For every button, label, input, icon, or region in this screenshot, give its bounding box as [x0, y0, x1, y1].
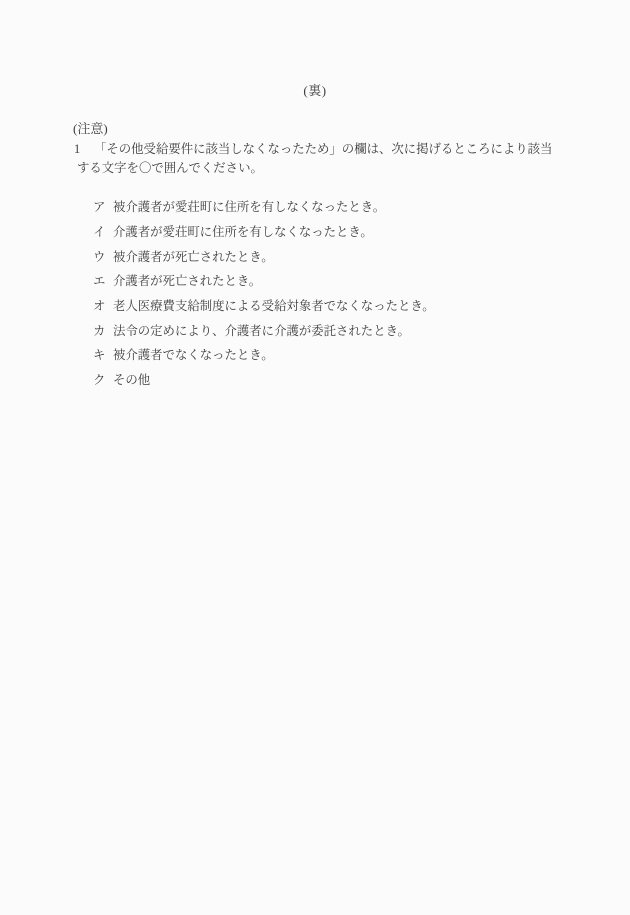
list-item: ウ被介護者が死亡されたとき。: [93, 249, 274, 265]
list-item: エ介護者が死亡されたとき。: [93, 273, 261, 289]
list-item: オ老人医療費支給制度による受給対象者でなくなったとき。: [93, 298, 435, 314]
item-text: 老人医療費支給制度による受給対象者でなくなったとき。: [113, 299, 435, 313]
note-1-line-2: する文字を〇で囲んでください。: [77, 160, 263, 176]
item-kana: カ: [93, 323, 113, 339]
item-kana: ア: [93, 199, 113, 215]
document-page: (裏) (注意) 1「その他受給要件に該当しなくなったため」の欄は、次に掲げると…: [0, 0, 630, 915]
note-1-number: 1: [74, 141, 94, 157]
item-kana: ク: [93, 372, 113, 388]
item-text: 法令の定めにより、介護者に介護が委託されたとき。: [113, 324, 410, 338]
item-kana: ウ: [93, 249, 113, 265]
list-item: キ被介護者でなくなったとき。: [93, 347, 274, 363]
item-kana: エ: [93, 273, 113, 289]
item-kana: キ: [93, 347, 113, 363]
item-text: 被介護者でなくなったとき。: [113, 348, 274, 362]
list-item: イ介護者が愛荘町に住所を有しなくなったとき。: [93, 224, 373, 240]
note-1-text-line-1: 「その他受給要件に該当しなくなったため」の欄は、次に掲げるところにより該当: [94, 142, 552, 156]
item-text: その他: [113, 373, 150, 387]
page-side-label: (裏): [0, 83, 630, 99]
item-text: 被介護者が愛荘町に住所を有しなくなったとき。: [113, 200, 385, 214]
list-item: カ法令の定めにより、介護者に介護が委託されたとき。: [93, 323, 410, 339]
item-text: 被介護者が死亡されたとき。: [113, 250, 274, 264]
item-kana: オ: [93, 298, 113, 314]
note-1-line-1: 1「その他受給要件に該当しなくなったため」の欄は、次に掲げるところにより該当: [74, 141, 552, 157]
item-kana: イ: [93, 224, 113, 240]
list-item: ア被介護者が愛荘町に住所を有しなくなったとき。: [93, 199, 385, 215]
item-text: 介護者が愛荘町に住所を有しなくなったとき。: [113, 225, 373, 239]
item-text: 介護者が死亡されたとき。: [113, 274, 261, 288]
list-item: クその他: [93, 372, 150, 388]
notice-header: (注意): [73, 121, 108, 137]
